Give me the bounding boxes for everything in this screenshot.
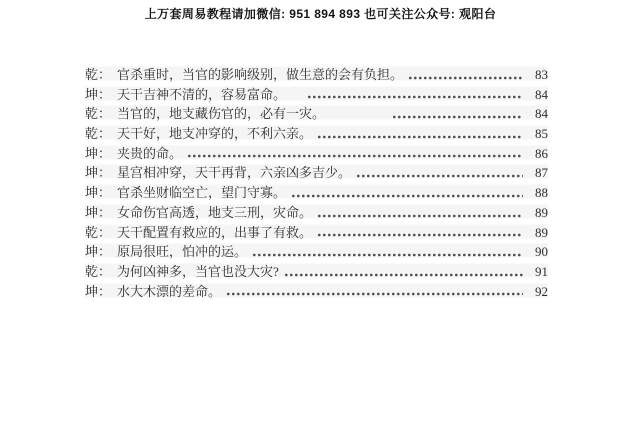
dot-leader (357, 174, 523, 178)
toc-row-label: 坤： (85, 281, 111, 300)
toc-row: 坤： 女命伤官高透，地支三刑，灾命。 89 (85, 202, 548, 222)
toc-row-label: 坤： (85, 202, 111, 221)
toc-page-number: 89 (528, 225, 548, 241)
toc-row-label: 乾： (85, 123, 111, 142)
dot-leader (227, 292, 523, 296)
toc-row-label: 乾： (85, 64, 111, 83)
toc-row-title: 原局很旺，怕冲的运。 (117, 241, 247, 260)
toc-row-title: 当官的，地支藏伤官的，必有一灾。 (117, 103, 325, 122)
dot-leader (188, 154, 523, 158)
toc-page-number: 90 (528, 244, 548, 260)
toc-row: 乾： 为何凶神多，当官也没大灾? 91 (85, 261, 548, 281)
dot-leader (393, 115, 523, 119)
toc-row-title: 天干吉神不清的，容易富命。 (117, 84, 286, 103)
toc-row: 坤： 星宫相冲穿，天干再背，六亲凶多吉少。 87 (85, 162, 548, 182)
toc-list: 乾： 官杀重时，当官的影响级别，做生意的会有负担。 83 坤： 天干吉神不清的，… (85, 64, 548, 300)
promo-header: 上万套周易教程请加微信: 951 894 893 也可关注公众号: 观阳台 (0, 5, 641, 22)
toc-row-title: 天干配置有救应的，出事了有救。 (117, 222, 312, 241)
toc-row: 坤： 水大木漂的差命。 92 (85, 281, 548, 301)
toc-page-number: 89 (528, 205, 548, 221)
dot-leader (318, 214, 523, 218)
toc-row-label: 坤： (85, 84, 111, 103)
toc-row-title: 女命伤官高透，地支三刑，灾命。 (117, 202, 312, 221)
toc-page-number: 84 (528, 87, 548, 103)
toc-row: 乾： 官杀重时，当官的影响级别，做生意的会有负担。 83 (85, 64, 548, 84)
toc-page-number: 84 (528, 106, 548, 122)
leader-gap-spacer (325, 117, 387, 118)
toc-row: 坤： 原局很旺，怕冲的运。 90 (85, 241, 548, 261)
toc-page-number: 91 (528, 264, 548, 280)
toc-row: 乾： 当官的，地支藏伤官的，必有一灾。 84 (85, 103, 548, 123)
toc-row-label: 坤： (85, 143, 111, 162)
toc-row: 乾： 天干配置有救应的，出事了有救。 89 (85, 222, 548, 242)
toc-row: 坤： 夹贵的命。 86 (85, 143, 548, 163)
dot-leader (318, 233, 523, 237)
toc-row-label: 乾： (85, 222, 111, 241)
toc-row-label: 乾： (85, 261, 111, 280)
toc-row-title: 夹贵的命。 (117, 143, 182, 162)
dot-leader (285, 273, 523, 277)
toc-row-title: 官杀重时，当官的影响级别，做生意的会有负担。 (117, 64, 403, 83)
toc-row-label: 坤： (85, 182, 111, 201)
dot-leader (318, 135, 523, 139)
toc-page-number: 86 (528, 146, 548, 162)
toc-row-label: 乾： (85, 103, 111, 122)
toc-row-label: 坤： (85, 241, 111, 260)
toc-row-label: 坤： (85, 162, 111, 181)
dot-leader (253, 253, 523, 257)
toc-page-number: 92 (528, 284, 548, 300)
leader-gap-spacer (286, 98, 302, 99)
toc-page-number: 87 (528, 165, 548, 181)
toc-row-title: 水大木漂的差命。 (117, 281, 221, 300)
dot-leader (308, 95, 523, 99)
dot-leader (409, 76, 523, 80)
toc-row-title: 为何凶神多，当官也没大灾? (117, 261, 279, 280)
toc-page-number: 88 (528, 185, 548, 201)
toc-row-title: 官杀坐财临空亡，望门守寡。 (117, 182, 286, 201)
toc-page-number: 85 (528, 126, 548, 142)
toc-row-title: 天干好，地支冲穿的，不利六亲。 (117, 123, 312, 142)
toc-row: 乾： 天干好，地支冲穿的，不利六亲。 85 (85, 123, 548, 143)
toc-row: 坤： 官杀坐财临空亡，望门守寡。 88 (85, 182, 548, 202)
dot-leader (292, 194, 523, 198)
toc-row: 坤： 天干吉神不清的，容易富命。 84 (85, 84, 548, 104)
toc-row-title: 星宫相冲穿，天干再背，六亲凶多吉少。 (117, 162, 351, 181)
toc-page-number: 83 (528, 67, 548, 83)
